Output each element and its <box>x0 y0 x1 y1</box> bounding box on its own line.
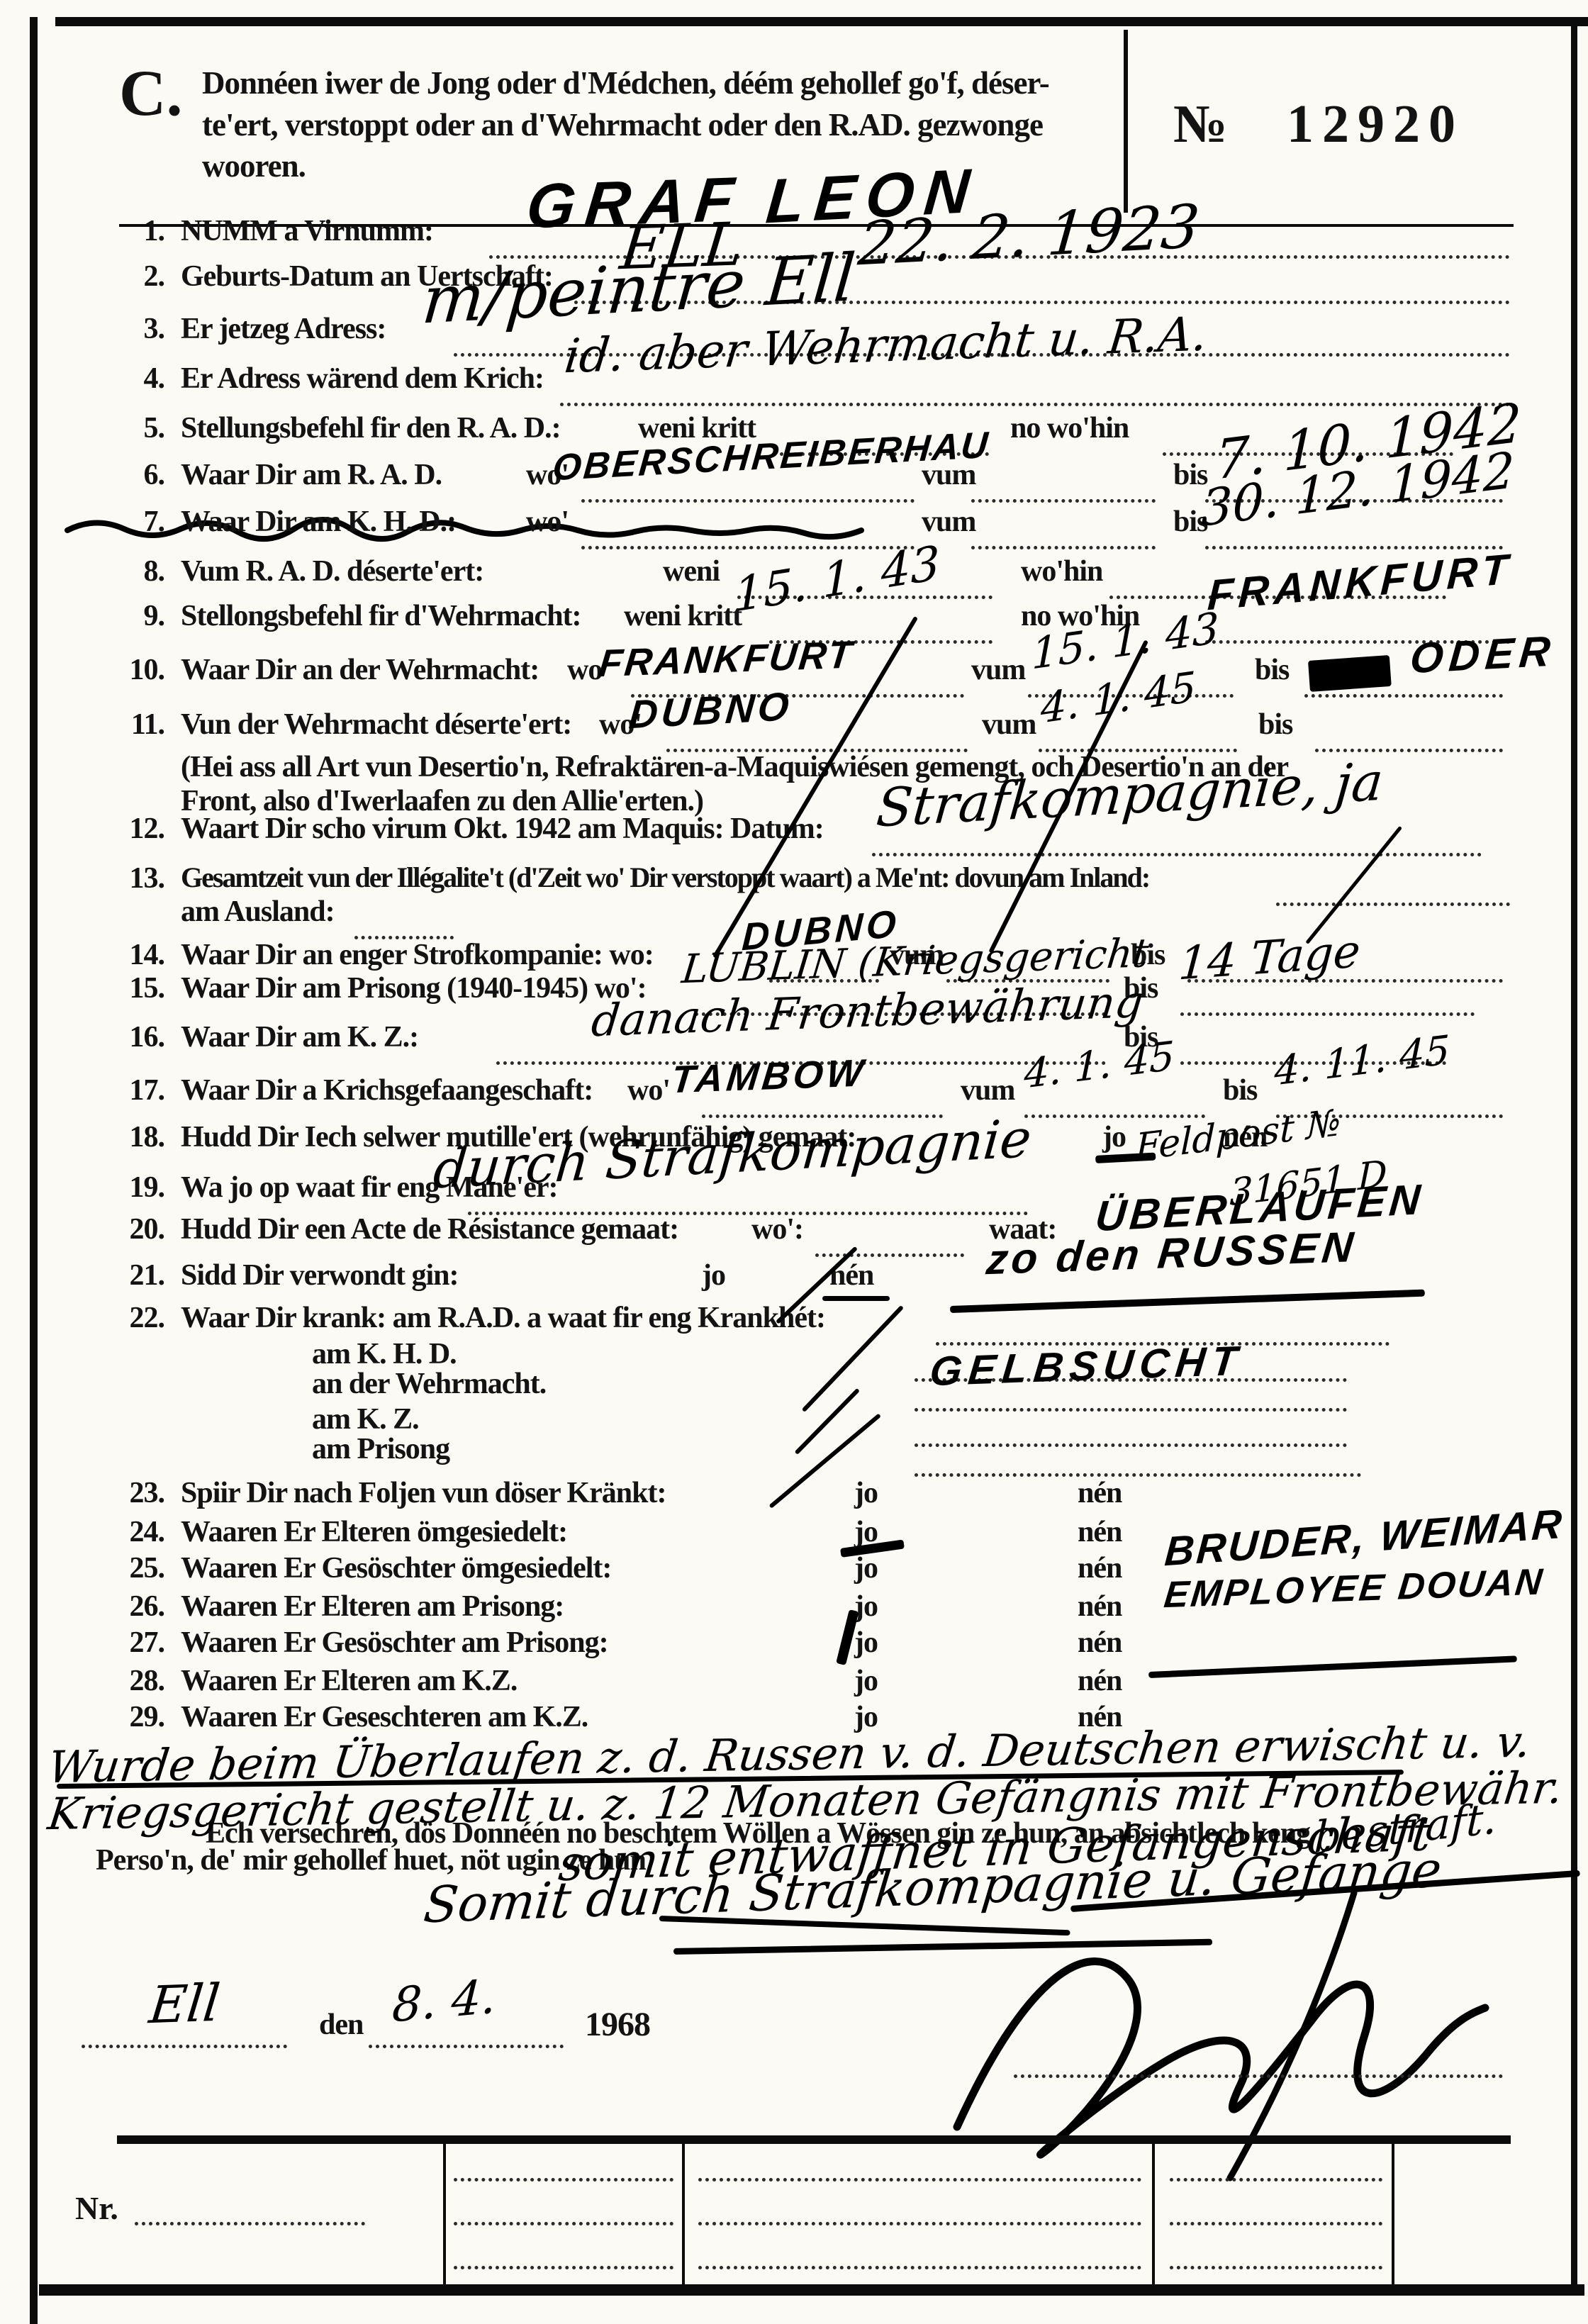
item-number: 23. <box>112 1476 164 1510</box>
item-number: 29. <box>112 1700 164 1734</box>
item-label: Waar Dir am R. A. D. <box>181 458 442 492</box>
footer-dotted-r3c <box>1170 2260 1382 2269</box>
pen-underline-nen-21 <box>822 1296 890 1301</box>
item-number: 15. <box>112 971 164 1005</box>
header-divider <box>1124 30 1128 213</box>
nen-option: nén <box>1078 1476 1122 1510</box>
footer-dotted-r2a <box>454 2216 673 2225</box>
jo-option: jo <box>854 1476 878 1510</box>
footer-dotted-r1b <box>698 2172 1141 2181</box>
number-value: 12920 <box>1287 94 1464 155</box>
inline-label: vum <box>961 1073 1014 1107</box>
item-label: Waaren Er Geseschteren am K.Z. <box>181 1700 588 1734</box>
footer-dotted-r2c <box>1170 2216 1382 2225</box>
item-label: Sidd Dir verwondt gin: <box>181 1258 458 1292</box>
item-label: Waar Dir am K. H. D.: <box>181 505 456 539</box>
item-label: Waart Dir scho virum Okt. 1942 am Maquis… <box>181 812 824 846</box>
item-label: Stellongsbefehl fir d'Wehrmacht: <box>181 599 581 633</box>
dotted-line <box>872 847 1482 856</box>
footer-table-vline-4 <box>1392 2144 1394 2284</box>
dotted-line <box>971 540 1156 549</box>
jo-option: jo <box>854 1590 878 1624</box>
item-number: 21. <box>112 1258 164 1292</box>
dotted-line <box>581 493 915 503</box>
dotted-line <box>560 397 1510 406</box>
item-number: 9. <box>112 599 164 633</box>
item-label: Hudd Dir een Acte de Résistance gemaat: <box>181 1212 678 1246</box>
inline-label: wo' <box>627 1073 670 1107</box>
item-label: Waaren Er Elteren am K.Z. <box>181 1664 517 1698</box>
item-label: Vun der Wehrmacht déserte'ert: <box>181 708 571 742</box>
inline-label: bis <box>1223 1073 1257 1107</box>
item-label: Waaren Er Gesöschter ömgesiedelt: <box>181 1551 611 1585</box>
form-row: 17.Waar Dir a Krichsgefaangeschaft:wo'vu… <box>0 1073 1588 1119</box>
page-border-bottom <box>39 2284 1584 2296</box>
item-number: 12. <box>112 812 164 846</box>
item-number: 7. <box>112 505 164 539</box>
footer-table-vline-3 <box>1152 2144 1155 2284</box>
item-number: 24. <box>112 1515 164 1549</box>
handwriting: 15. 1. 43 <box>734 540 940 620</box>
inline-label: vum <box>922 505 975 539</box>
dotted-line <box>971 493 1156 503</box>
item-number: 22. <box>112 1301 164 1335</box>
signature-line <box>1014 2069 1503 2078</box>
footer-dotted-r3a <box>454 2260 673 2269</box>
item-label: Gesamtzeit vun der Illégalite't (d'Zeit … <box>181 861 1149 894</box>
footer-table-vline-1 <box>443 2144 446 2284</box>
footer-dotted-r1a <box>454 2172 673 2181</box>
handwriting: GELBSUCHT <box>928 1341 1246 1393</box>
section-letter: C. <box>119 55 182 130</box>
inline-label: bis <box>1258 708 1292 742</box>
jo-option: jo <box>1102 1120 1126 1154</box>
date-den-label: den <box>319 2008 363 2042</box>
item-label: Waaren Er Gesöschter am Prisong: <box>181 1626 608 1660</box>
item-number: 1. <box>112 214 164 248</box>
nen-option: nén <box>1078 1626 1122 1660</box>
item-number: 6. <box>112 458 164 492</box>
item-number: 5. <box>112 411 164 445</box>
handwriting: 22. 2. 1923 <box>856 196 1202 274</box>
item-number: 3. <box>112 312 164 346</box>
inline-label: vum <box>982 708 1036 742</box>
item-label: am Prisong <box>312 1432 449 1466</box>
nen-option: nén <box>1078 1590 1122 1624</box>
form-row: 11.Vun der Wehrmacht déserte'ert:wo'vumb… <box>0 708 1588 753</box>
inline-label: wo' <box>526 505 569 539</box>
section-description-line1: Donnéen iwer de Jong oder d'Médchen, déé… <box>202 62 1117 104</box>
dotted-line <box>1205 540 1503 549</box>
item-number: 2. <box>112 259 164 294</box>
footer-table-top-border <box>117 2135 1511 2144</box>
item-label: Waar Dir am Prisong (1940-1945) wo': <box>181 971 647 1005</box>
footer-dotted-r3b <box>698 2260 1141 2269</box>
footer-dotted-nr <box>135 2216 365 2225</box>
number-label: № <box>1173 94 1227 155</box>
handwriting: DUBNO <box>627 686 794 734</box>
form-row: am Prisong <box>0 1432 1588 1477</box>
item-number: 19. <box>112 1171 164 1205</box>
item-label: Waar Dir an enger Strofkompanie: wo: <box>181 938 654 972</box>
item-label: Waar Dir am K. Z.: <box>181 1020 418 1054</box>
item-number: 10. <box>112 653 164 687</box>
item-label: Stellungsbefehl fir den R. A. D.: <box>181 411 561 445</box>
inline-label: bis <box>1255 653 1289 687</box>
item-number: 11. <box>112 708 164 742</box>
footer-dotted-r2b <box>698 2216 1141 2225</box>
date-day-line <box>369 2039 564 2048</box>
handwriting: zo den RUSSEN <box>985 1226 1359 1281</box>
ink-blot <box>1308 655 1392 692</box>
form-row: 7.Waar Dir am K. H. D.:wo'vumbis30. 12. … <box>0 505 1588 550</box>
date-place-line <box>82 2039 287 2048</box>
handwriting: 14 Tage <box>1177 929 1361 987</box>
footer-table-vline-2 <box>682 2144 685 2284</box>
item-number: 16. <box>112 1020 164 1054</box>
inline-label: wo'hin <box>1021 554 1102 588</box>
item-number: 14. <box>112 938 164 972</box>
inline-label: no wo'hin <box>1010 411 1129 445</box>
jo-option: jo <box>854 1626 878 1660</box>
item-label: Waar Dir a Krichsgefaangeschaft: <box>181 1073 593 1107</box>
dotted-line <box>1024 1109 1205 1118</box>
nen-option: nén <box>1078 1515 1122 1549</box>
item-label: Waaren Er Elteren am Prisong: <box>181 1590 564 1624</box>
item-number: 25. <box>112 1551 164 1585</box>
date-year: 1968 <box>585 2005 650 2044</box>
item-number: 28. <box>112 1664 164 1698</box>
handwriting: m/peintre Ell <box>420 245 858 334</box>
jo-option: jo <box>854 1551 878 1585</box>
dotted-line <box>1180 1007 1475 1016</box>
item-number: 27. <box>112 1626 164 1660</box>
footer-nr-label: Nr. <box>75 2189 118 2227</box>
item-label: NUMM a Virnumm: <box>181 214 433 248</box>
inline-label: weni kritt <box>624 599 742 633</box>
nen-option: nén <box>1078 1664 1122 1698</box>
page-border-top <box>55 17 1588 26</box>
item-label: am Ausland: <box>181 895 335 929</box>
scanned-form-page: C. Donnéen iwer de Jong oder d'Médchen, … <box>0 0 1588 2324</box>
dotted-line <box>815 1248 964 1257</box>
section-description-line2: te'ert, verstoppt oder an d'Wehrmacht od… <box>202 104 1117 146</box>
item-number: 17. <box>112 1073 164 1107</box>
inline-label: weni <box>663 554 720 588</box>
item-number: 13. <box>112 861 164 895</box>
item-label: an der Wehrmacht. <box>312 1367 546 1401</box>
item-label: Waar Dir an der Wehrmacht: <box>181 653 539 687</box>
item-number: 18. <box>112 1120 164 1154</box>
item-label: Vum R. A. D. déserte'ert: <box>181 554 483 588</box>
nen-option: nén <box>1078 1551 1122 1585</box>
form-row: 4.Er Adress wärend dem Krich:id. aber We… <box>0 362 1588 407</box>
item-label: Waaren Er Elteren ömgesiedelt: <box>181 1515 567 1549</box>
item-number: 4. <box>112 362 164 396</box>
jo-option: jo <box>702 1258 725 1292</box>
handwriting: TAMBOW <box>669 1054 868 1099</box>
item-label: Er jetzeg Adress: <box>181 312 386 346</box>
item-label: Waar Dir krank: am R.A.D. a waat fir eng… <box>181 1301 825 1335</box>
footer-dotted-r1c <box>1170 2172 1382 2181</box>
item-number: 8. <box>112 554 164 588</box>
item-label: Spiir Dir nach Foljen vun döser Kränkt: <box>181 1476 666 1510</box>
item-number: 20. <box>112 1212 164 1246</box>
handwriting: ODER <box>1409 630 1558 680</box>
item-number: 26. <box>112 1590 164 1624</box>
jo-option: jo <box>854 1664 878 1698</box>
handwriting: FRANKFURT <box>597 635 855 683</box>
date-day-handwriting: 8. 4. <box>391 1973 498 2029</box>
inline-label: wo': <box>751 1212 803 1246</box>
date-place-handwriting: Ell <box>147 1977 222 2031</box>
item-label: Er Adress wärend dem Krich: <box>181 362 544 396</box>
inline-label: vum <box>971 653 1025 687</box>
